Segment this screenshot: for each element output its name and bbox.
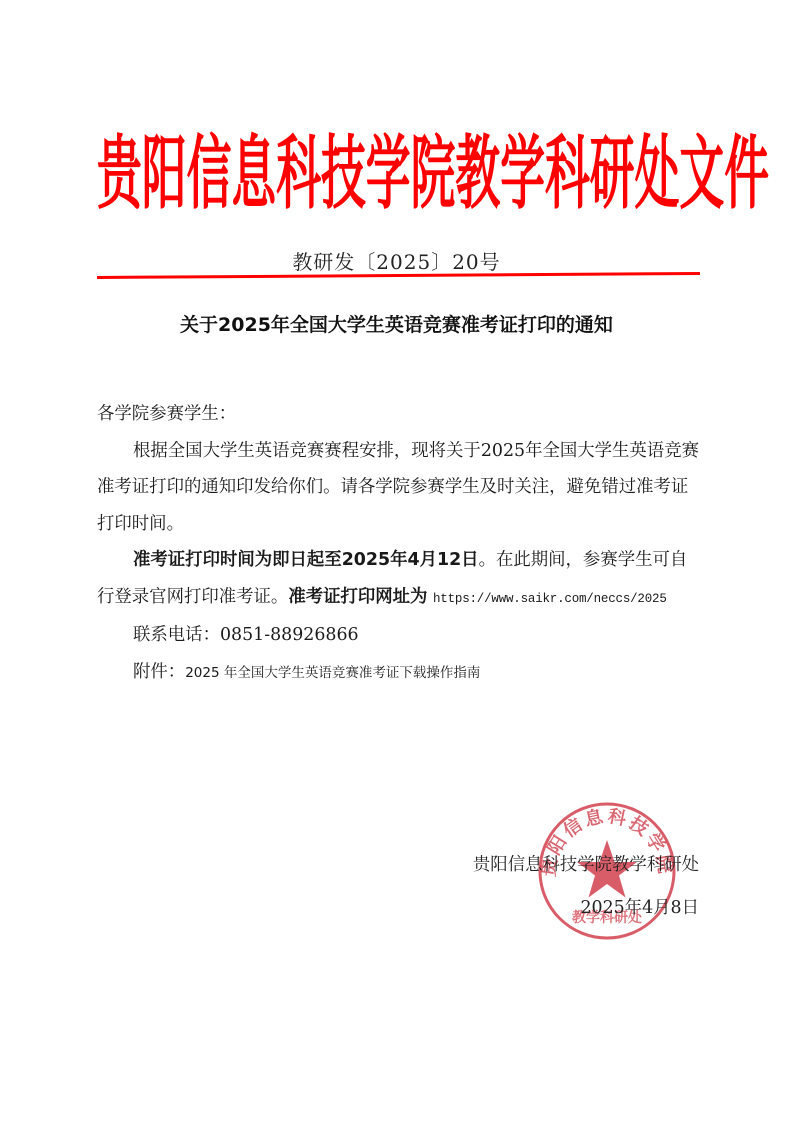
masthead: 贵阳信息科技学院教学科研处文件 xyxy=(97,128,677,220)
paragraph-print-time: 准考证打印时间为即日起至2025年4月12日。在此期间，参赛学生可自行登录官网打… xyxy=(97,542,701,617)
attachment-name[interactable]: 2025 年全国大学生英语竞赛准考证下载操作指南 xyxy=(185,665,480,681)
print-time-highlight: 准考证打印时间为即日起至2025年4月12日 xyxy=(133,550,479,570)
masthead-title: 贵阳信息科技学院教学科研处文件 xyxy=(97,128,769,220)
signature-date: 2025年4月8日 xyxy=(580,895,699,921)
contact-line: 联系电话：0851-88926866 xyxy=(97,617,701,654)
notice-body: 各学院参赛学生： 根据全国大学生英语竞赛赛程安排，现将关于2025年全国大学生英… xyxy=(97,396,701,691)
notice-title: 关于2025年全国大学生英语竞赛准考证打印的通知 xyxy=(0,312,793,338)
paragraph-intro: 根据全国大学生英语竞赛赛程安排，现将关于2025年全国大学生英语竞赛准考证打印的… xyxy=(97,433,701,543)
document-number: 教研发〔2025〕20号 xyxy=(0,249,793,275)
signature-organization: 贵阳信息科技学院教学科研处 xyxy=(473,852,699,878)
print-url-label: 准考证打印网址为 xyxy=(288,587,427,607)
contact-label: 联系电话： xyxy=(133,625,220,645)
salutation: 各学院参赛学生： xyxy=(97,396,701,433)
document-page: 贵阳信息科技学院教学科研处文件 教研发〔2025〕20号 关于2025年全国大学… xyxy=(0,0,793,1122)
attachment-line: 附件：2025 年全国大学生英语竞赛准考证下载操作指南 xyxy=(97,654,701,692)
attachment-label: 附件： xyxy=(133,662,185,682)
contact-phone: 0851-88926866 xyxy=(220,625,359,645)
print-url-link[interactable]: https://www.saikr.com/neccs/2025 xyxy=(433,592,667,606)
